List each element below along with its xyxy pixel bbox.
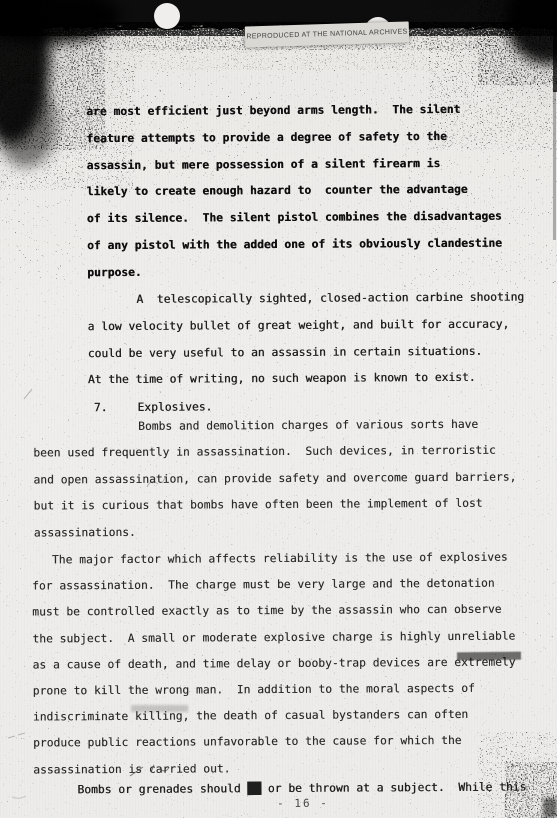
scanned-document-page: REPRODUCED AT THE NATIONAL ARCHIVES are …: [0, 0, 557, 818]
text-line: Bombs and demolition charges of various …: [33, 412, 516, 441]
section-number: 7.: [94, 401, 108, 414]
text-line: assassinations.: [34, 517, 517, 546]
text-line: a low velocity bullet of great weight, a…: [87, 311, 524, 340]
paragraph-bombs-demolition: Bombs and demolition charges of various …: [33, 412, 517, 547]
text-line: of its silence. The silent pistol combin…: [87, 204, 502, 233]
typewritten-text-layer: are most efficient just beyond arms leng…: [0, 0, 557, 818]
text-line: produce public reactions unfavorable to …: [33, 728, 516, 757]
text-line: for assassination. The charge must be ve…: [32, 571, 515, 600]
text-line: but it is curious that bombs have often …: [34, 491, 517, 520]
text-line: prone to kill the wrong man. In addition…: [33, 676, 516, 705]
text-line: are most efficient just beyond arms leng…: [86, 97, 501, 126]
section-title: Explosives.: [107, 400, 212, 414]
text-line: and open assassination, can provide safe…: [33, 464, 516, 493]
text-line: assassin, but mere possession of a silen…: [86, 150, 501, 179]
page-number: - 16 -: [24, 795, 557, 811]
text-line: A telescopically sighted, closed-action …: [87, 285, 524, 314]
paragraph-reliability: The major factor which affects reliabili…: [32, 545, 516, 784]
paragraph-silent-firearm: are most efficient just beyond arms leng…: [86, 97, 502, 287]
text-line: indiscriminate killing, the death of cas…: [33, 702, 516, 731]
text-line: been used frequently in assassination. S…: [33, 438, 516, 467]
text-line: as a cause of death, and time delay or b…: [33, 649, 516, 678]
text-line: of any pistol with the added one of its …: [87, 231, 502, 260]
text-line: could be very useful to an assassin in c…: [88, 338, 525, 367]
text-line: must be controlled exactly as to time by…: [32, 597, 515, 626]
text-line: The major factor which affects reliabili…: [32, 545, 515, 574]
text-line: purpose.: [87, 257, 502, 286]
paragraph-carbine: A telescopically sighted, closed-action …: [87, 285, 524, 395]
text-line: the subject. A small or moderate explosi…: [32, 623, 515, 652]
text-line: feature attempts to provide a degree of …: [86, 123, 501, 152]
text-line: likely to create enough hazard to counte…: [87, 177, 502, 206]
